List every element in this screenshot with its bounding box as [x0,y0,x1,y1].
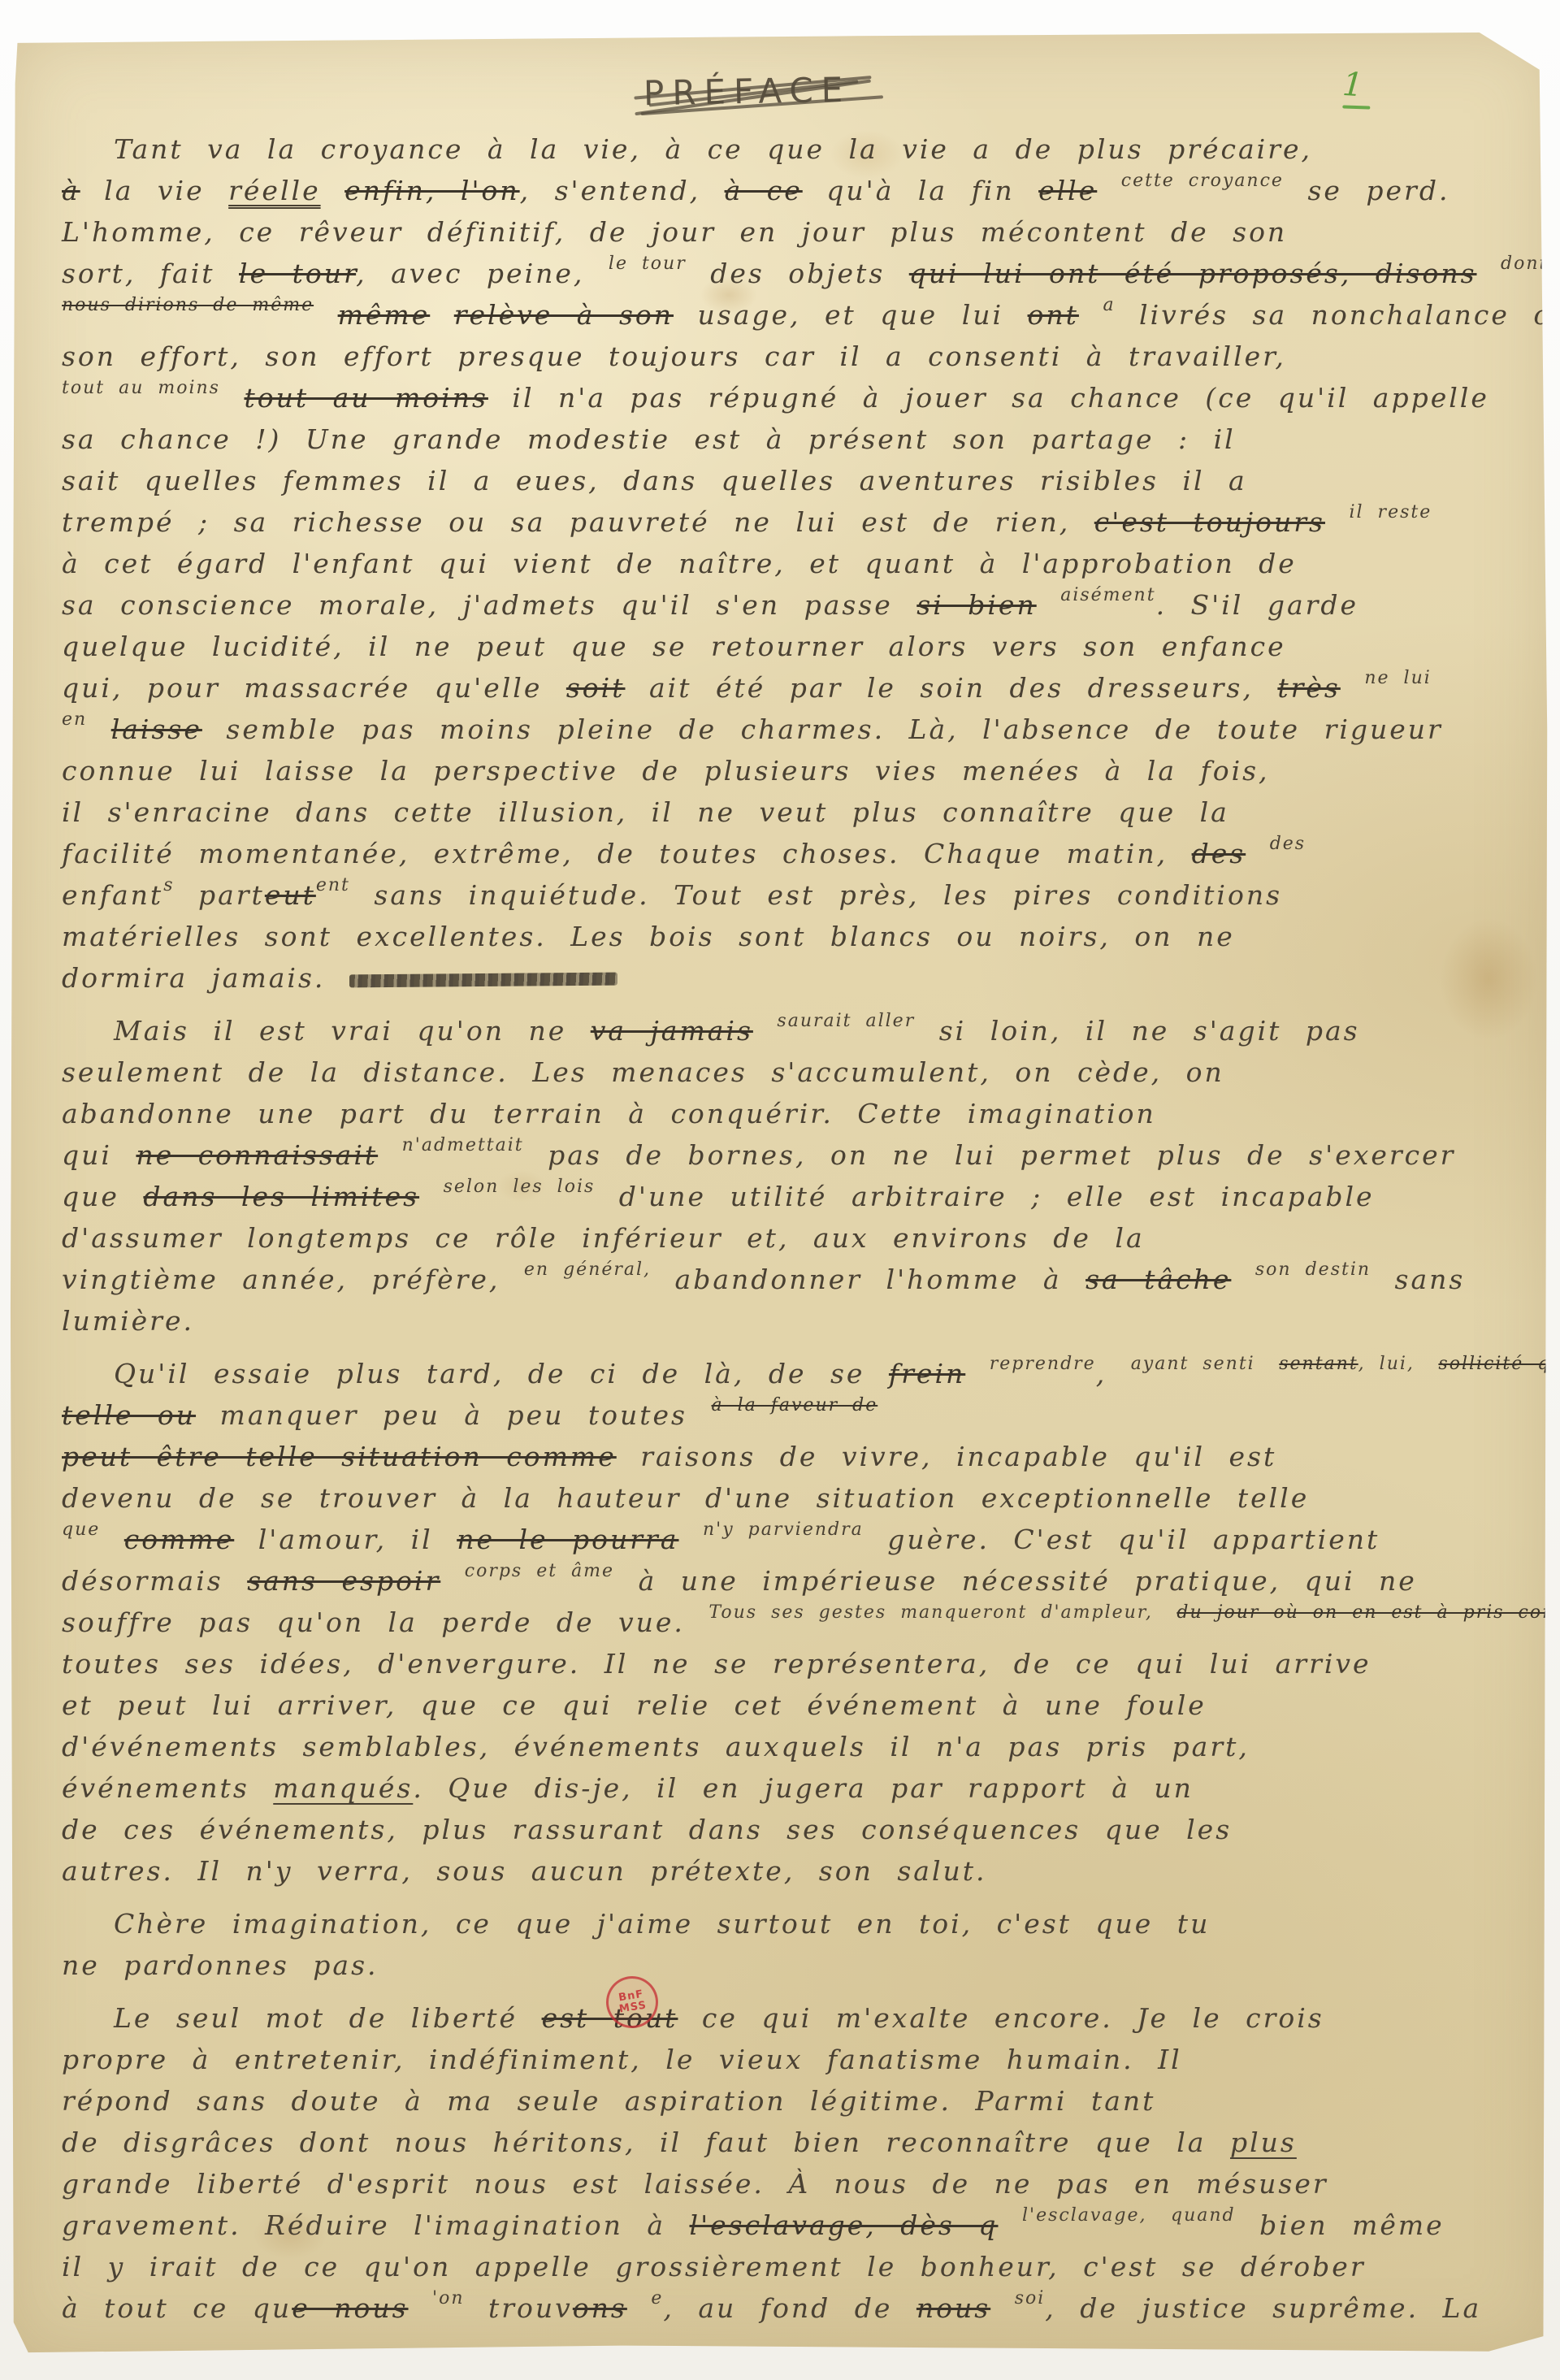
text-segment: eut [265,879,316,911]
text-segment: dont il a été amené à faire [1501,254,1550,274]
text-segment: frein [889,1358,965,1389]
text-segment: devenu de se trouver à la hauteur d'une … [62,1482,1309,1514]
text-segment: à ce [725,175,803,206]
text-segment: si bien [916,589,1036,621]
text-segment: que [62,1181,143,1212]
text-segment: soi [1015,2288,1046,2308]
text-segment: quand [1171,2205,1236,2226]
text-segment [679,1524,704,1555]
manuscript-line: désormais sans espoir corps et âme à une… [62,1560,1516,1602]
text-segment [321,175,345,206]
text-segment: facilité momentanée, extrême, de toutes … [62,838,1192,869]
text-segment: réelle [228,175,320,206]
text-segment: sa chance !) Une grande modestie est à p… [62,423,1236,455]
text-segment [753,1015,778,1047]
text-segment: il s'enracine dans cette illusion, il ne… [62,796,1229,828]
text-segment: trouv [465,2292,573,2324]
text-segment [998,2209,1022,2241]
text-segment: sort, fait [62,258,239,289]
text-segment: d'assumer longtemps ce rôle inférieur et… [62,1222,1145,1254]
scanned-manuscript-photo: PRÉFACE 1 Tant va la croyance à la vie, … [0,0,1560,2380]
text-segment [1325,506,1350,538]
text-segment: relève à son [454,299,674,331]
manuscript-line: lumière. [62,1300,1516,1342]
manuscript-line: quelque lucidité, il ne peut que se reto… [62,626,1516,667]
text-segment: gravement. Réduire l'imagination à [62,2209,690,2241]
text-segment: , avec peine, [356,258,609,289]
text-segment: qui, pour massacrée qu'elle [62,672,566,704]
manuscript-line: devenu de se trouver à la hauteur d'une … [62,1477,1516,1519]
text-segment: sa conscience morale, j'admets qu'il s'e… [62,589,916,621]
manuscript-line: d'événements semblables, événements auxq… [62,1726,1516,1767]
folio-number-text: 1 [1341,66,1365,105]
text-segment: pas de bornes, on ne lui permet plus de … [524,1139,1456,1171]
text-segment: des objets [687,258,909,289]
text-segment: telle ou [62,1399,196,1431]
manuscript-line: grande liberté d'esprit nous est laissée… [62,2163,1516,2204]
text-segment: manquer peu à peu toutes [196,1399,711,1431]
text-segment: sans espoir [247,1565,440,1597]
text-segment: saurait aller [777,1011,915,1031]
manuscript-line: de ces événements, plus rassurant dans s… [62,1809,1516,1850]
text-segment: abandonne une part du terrain à conquéri… [62,1098,1156,1129]
text-segment: se perd. [1284,175,1450,206]
manuscript-line: seulement de la distance. Les menaces s'… [62,1051,1516,1093]
text-segment: en [62,709,87,730]
text-segment: , lui, [1358,1354,1415,1374]
manuscript-line: à tout ce que nous 'on trouvons e, au fo… [62,2287,1516,2329]
text-segment: matérielles sont excellentes. Les bois s… [62,921,1235,952]
text-segment [1153,1606,1177,1638]
text-segment: ce qui m'exalte encore. Je le crois [678,2002,1324,2034]
text-segment: l'esclavage, [1022,2205,1147,2226]
manuscript-line: événements manqués. Que dis-je, il en ju… [62,1767,1516,1809]
manuscript-line: propre à entretenir, indéfiniment, le vi… [62,2039,1516,2080]
manuscript-line: gravement. Réduire l'imagination à l'esc… [62,2204,1516,2246]
manuscript-line: Mais il est vrai qu'on ne va jamais saur… [62,1010,1516,1051]
text-segment [87,713,111,745]
text-segment: qui lui ont été proposés, disons [909,258,1477,289]
text-segment [1246,838,1270,869]
text-segment: n'admettait [402,1135,524,1155]
text-segment [965,1358,990,1389]
text-segment: dormira jamais. [62,962,349,994]
scribbled-out-text [349,973,617,988]
text-segment: souffre pas qu'on la perde de vue. [62,1606,708,1638]
manuscript-line: à la vie réelle enfin, l'on, s'entend, à… [62,170,1516,211]
text-segment: son destin [1255,1259,1371,1280]
text-segment: dans les limites [143,1181,419,1212]
text-segment: comme [124,1524,234,1555]
text-segment: le tour [239,258,356,289]
text-segment: son effort, son effort presque toujours … [62,340,1286,372]
manuscript-line: qui ne connaissait n'admettait pas de bo… [62,1134,1516,1176]
manuscript-line: Tant va la croyance à la vie, à ce que l… [62,128,1516,170]
text-segment: n'y parviendra [703,1519,864,1540]
text-segment: Qu'il essaie plus tard, de ci de là, de … [114,1358,889,1389]
text-segment [430,299,454,331]
page-title: PRÉFACE [643,70,851,113]
text-segment: sans [1371,1264,1465,1295]
text-segment: enfin, l'on [344,175,520,206]
manuscript-line: sa chance !) Une grande modestie est à p… [62,418,1516,460]
manuscript-line: tout au moins tout au moins il n'a pas r… [62,377,1516,418]
text-segment: ne pardonnes pas. [62,1949,379,1981]
text-segment: seulement de la distance. Les menaces s'… [62,1056,1224,1088]
text-segment: ait été par le soin des dresseurs, [625,672,1277,704]
text-segment: aisément [1060,585,1155,605]
text-segment: ons [573,2292,627,2324]
text-segment [1147,2209,1172,2241]
manuscript-line: autres. Il n'y verra, sous aucun prétext… [62,1850,1516,1892]
text-segment: usage, et que lui [674,299,1028,331]
text-segment: . S'il garde [1156,589,1358,621]
text-segment: il reste [1349,502,1432,522]
manuscript-line: son effort, son effort presque toujours … [62,336,1516,377]
text-segment: grande liberté d'esprit nous est laissée… [62,2168,1328,2200]
stamp-text-bottom: MSS [618,2000,648,2015]
text-segment: soit [566,672,626,704]
manuscript-line: trempé ; sa richesse ou sa pauvreté ne l… [62,501,1516,543]
manuscript-line: Le seul mot de liberté est tout ce qui m… [62,1997,1516,2039]
text-segment [378,1139,402,1171]
text-segment [1079,299,1103,331]
manuscript-line: toutes ses idées, d'envergure. Il ne se … [62,1643,1516,1684]
text-segment: quelque lucidité, il ne peut que se reto… [62,631,1286,662]
text-segment: à [62,175,80,206]
text-segment: elle [1038,175,1097,206]
text-segment: a [1103,295,1115,315]
text-segment [1231,1264,1255,1295]
folio-number: 1 [1341,66,1373,110]
text-segment: semble pas moins pleine de charmes. Là, … [202,713,1443,745]
text-segment: enfant [62,879,163,911]
text-segment [220,382,245,414]
text-segment: des [1270,834,1306,854]
text-segment: cette croyance [1121,171,1284,191]
text-segment: connue lui laisse la perspective de plus… [62,755,1270,787]
text-segment: si loin, il ne s'agit pas [915,1015,1359,1047]
text-segment: , s'entend, [520,175,725,206]
text-segment: l'amour, il [234,1524,457,1555]
text-segment: qu'à la fin [803,175,1038,206]
manuscript-line: telle ou manquer peu à peu toutes à la f… [62,1394,1516,1436]
manuscript-line: peut être telle situation comme raisons … [62,1436,1516,1477]
text-segment: sait quelles femmes il a eues, dans quel… [62,465,1247,496]
manuscript-line: matérielles sont excellentes. Les bois s… [62,916,1516,957]
text-segment: tout au moins [244,382,487,414]
text-segment: toutes ses idées, d'envergure. Il ne se … [62,1648,1371,1680]
title-block: PRÉFACE [10,72,1550,111]
text-segment: à cet égard l'enfant qui vient de naître… [62,548,1297,579]
text-segment: à la faveur de [711,1395,877,1415]
text-segment: répond sans doute à ma seule aspiration … [62,2085,1155,2117]
text-segment: . Que dis-je, il en jugera par rapport à… [413,1772,1194,1804]
manuscript-line: nous dirions de même même relève à son u… [62,294,1516,336]
manuscript-lines: Tant va la croyance à la vie, à ce que l… [62,128,1516,2329]
text-segment: abandonner l'homme à [651,1264,1085,1295]
text-segment: la vie [80,175,228,206]
text-segment [440,1565,465,1597]
manuscript-line: souffre pas qu'on la perde de vue. Tous … [62,1602,1516,1643]
text-segment: qui [62,1139,136,1171]
text-segment: part [174,879,264,911]
text-segment: plus [1230,2126,1297,2158]
text-segment [1477,258,1501,289]
text-segment [1037,589,1061,621]
text-segment: ont [1028,299,1079,331]
text-segment: nous dirions de même [62,295,314,315]
text-segment: trempé ; sa richesse ou sa pauvreté ne l… [62,506,1094,538]
text-segment: manqués [273,1772,413,1804]
manuscript-line: vingtième année, préfère, en général, ab… [62,1259,1516,1300]
text-segment: lumière. [62,1305,194,1337]
manuscript-line: à cet égard l'enfant qui vient de naître… [62,543,1516,584]
manuscript-line: répond sans doute à ma seule aspiration … [62,2080,1516,2122]
manuscript-line: facilité momentanée, extrême, de toutes … [62,833,1516,874]
text-segment: sa tâche [1085,1264,1231,1295]
text-segment: va jamais [591,1015,753,1047]
text-segment [409,2292,433,2324]
text-segment: e nous [292,2292,408,2324]
text-segment: corps et âme [465,1561,614,1581]
text-segment: selon les lois [444,1177,596,1197]
text-segment: vingtième année, préfère, [62,1264,524,1295]
text-segment [990,2292,1015,2324]
manuscript-line: d'assumer longtemps ce rôle inférieur et… [62,1217,1516,1259]
text-segment: autres. Il n'y verra, sous aucun prétext… [62,1855,987,1887]
text-segment: guère. C'est qu'il appartient [864,1524,1380,1555]
text-segment: ent [316,875,350,895]
text-segment: à une impérieuse nécessité pratique, qui… [614,1565,1417,1597]
text-segment [419,1181,444,1212]
text-segment: Tant va la croyance à la vie, à ce que l… [114,133,1312,165]
manuscript-line: L'homme, ce rêveur définitif, de jour en… [62,211,1516,253]
text-segment: sollicité qu'il [1438,1354,1550,1374]
text-segment: , de justice suprême. La [1045,2292,1481,2324]
text-segment: L'homme, ce rêveur définitif, de jour en… [62,216,1287,248]
text-segment: reprendre [990,1354,1096,1374]
text-segment [1097,175,1121,206]
manuscript-line: il y irait de ce qu'on appelle grossière… [62,2246,1516,2287]
text-segment: sans inquiétude. Tout est près, les pire… [350,879,1282,911]
manuscript-line: dormira jamais. [62,957,1516,999]
manuscript-line: et peut lui arriver, que ce qui relie ce… [62,1684,1516,1726]
text-segment: le tour [609,254,687,274]
text-segment [314,299,338,331]
text-segment: peut être telle situation comme [62,1441,617,1472]
text-segment: d'événements semblables, événements auxq… [62,1731,1250,1762]
manuscript-line: Qu'il essaie plus tard, de ci de là, de … [62,1353,1516,1394]
text-segment: du jour où on en est à pris conscience [1176,1602,1550,1623]
text-segment: Mais il est vrai qu'on ne [114,1015,591,1047]
text-segment: en général, [524,1259,651,1280]
text-segment: Chère imagination, ce que j'aime surtout… [114,1908,1210,1940]
text-segment: que [62,1519,100,1540]
manuscript-line: que dans les limites selon les lois d'un… [62,1176,1516,1217]
text-segment: l'esclavage, dès q [690,2209,999,2241]
manuscript-line: Chère imagination, ce que j'aime surtout… [62,1903,1516,1944]
text-segment: Le seul mot de liberté [114,2002,542,2034]
manuscript-line: de disgrâces dont nous héritons, il faut… [62,2122,1516,2163]
manuscript-line: en laisse semble pas moins pleine de cha… [62,709,1516,750]
manuscript-line: il s'enracine dans cette illusion, il ne… [62,791,1516,833]
text-segment: il n'a pas répugné à jouer sa chance (ce… [488,382,1489,414]
text-segment: ne connaissait [136,1139,378,1171]
text-segment: s [163,875,174,895]
text-segment: de ces événements, plus rassurant dans s… [62,1814,1232,1845]
text-segment [100,1524,124,1555]
text-segment: , [1096,1358,1131,1389]
text-segment [627,2292,652,2324]
text-segment [1341,672,1365,704]
manuscript-line: sa conscience morale, j'admets qu'il s'e… [62,584,1516,626]
text-segment: tout au moins [62,378,220,398]
manuscript-line: qui, pour massacrée qu'elle soit ait été… [62,667,1516,709]
text-segment: laisse [111,713,202,745]
text-segment [1255,1358,1280,1389]
text-segment: à tout ce qu [62,2292,292,2324]
text-segment: et peut lui arriver, que ce qui relie ce… [62,1689,1207,1721]
manuscript-page: PRÉFACE 1 Tant va la croyance à la vie, … [10,33,1550,2355]
text-segment: de disgrâces dont nous héritons, il faut… [62,2126,1230,2158]
manuscript-line: sort, fait le tour, avec peine, le tour … [62,253,1516,294]
text-segment: livrés sa nonchalance ou [1116,299,1550,331]
text-segment [1415,1358,1439,1389]
text-segment: 'on [432,2288,464,2308]
text-segment: sentant [1279,1354,1358,1374]
text-segment: propre à entretenir, indéfiniment, le vi… [62,2044,1182,2075]
text-segment: désormais [62,1565,247,1597]
manuscript-line: abandonne une part du terrain à conquéri… [62,1093,1516,1134]
text-segment: , au fond de [663,2292,916,2324]
text-segment: même [338,299,431,331]
text-segment: e [651,2288,663,2308]
text-segment: Tous ses gestes manqueront d'ampleur, [708,1602,1152,1623]
text-segment: des [1192,838,1246,869]
text-segment: ayant senti [1131,1354,1255,1374]
text-segment: c'est toujours [1094,506,1325,538]
manuscript-line: sait quelles femmes il a eues, dans quel… [62,460,1516,501]
text-segment: ne lui [1364,668,1431,688]
text-segment: d'une utilité arbitraire ; elle est inca… [595,1181,1374,1212]
manuscript-line: connue lui laisse la perspective de plus… [62,750,1516,791]
text-segment: raisons de vivre, incapable qu'il est [617,1441,1276,1472]
text-segment: très [1277,672,1341,704]
text-segment: nous [916,2292,990,2324]
text-segment: événements [62,1772,273,1804]
manuscript-line: enfants parteutent sans inquiétude. Tout… [62,874,1516,916]
manuscript-line: que comme l'amour, il ne le pourra n'y p… [62,1519,1516,1560]
manuscript-line: ne pardonnes pas. [62,1944,1516,1986]
text-segment: il y irait de ce qu'on appelle grossière… [62,2251,1366,2282]
text-segment: ne le pourra [457,1524,678,1555]
text-segment: bien même [1236,2209,1445,2241]
